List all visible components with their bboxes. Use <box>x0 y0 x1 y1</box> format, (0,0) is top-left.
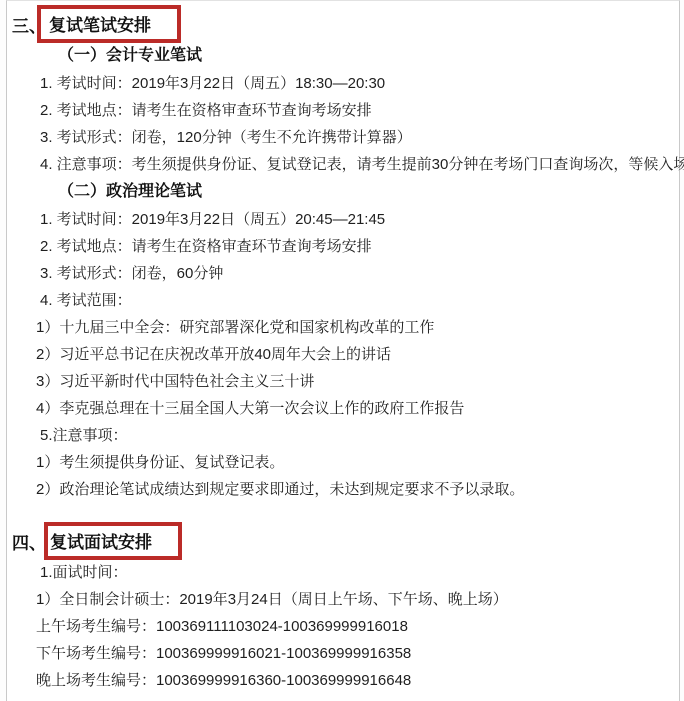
scope-item-1: 1）十九届三中全会：研究部署深化党和国家机构改革的工作 <box>36 314 684 341</box>
scope-item-3: 3）习近平新时代中国特色社会主义三十讲 <box>36 368 684 395</box>
afternoon-session-candidate-ids: 下午场考生编号：100369999916021-100369999916358 <box>36 640 684 667</box>
section-number: 四、 <box>12 529 46 554</box>
accounting-exam-format: 3. 考试形式：闭卷，120分钟（考生不允许携带计算器） <box>40 124 684 151</box>
politics-exam-location: 2. 考试地点：请考生在资格审查环节查询考场安排 <box>40 233 684 260</box>
morning-session-candidate-ids: 上午场考生编号：100369111103024-100369999916018 <box>36 613 684 640</box>
section-written-exam-heading: 三、 复试笔试安排 <box>12 6 684 42</box>
document-content: 三、 复试笔试安排 （一）会计专业笔试 1. 考试时间：2019年3月22日（周… <box>0 0 684 694</box>
politics-exam-format: 3. 考试形式：闭卷，60分钟 <box>40 260 684 287</box>
highlight-box-written-exam: 复试笔试安排 <box>37 5 181 43</box>
accounting-exam-location: 2. 考试地点：请考生在资格审查环节查询考场安排 <box>40 97 684 124</box>
subsection-politics-written-title: （二）政治理论笔试 <box>58 178 684 206</box>
politics-exam-time: 1. 考试时间：2019年3月22日（周五）20:45—21:45 <box>40 206 684 233</box>
document-page: 三、 复试笔试安排 （一）会计专业笔试 1. 考试时间：2019年3月22日（周… <box>0 0 684 701</box>
scope-item-2: 2）习近平总书记在庆祝改革开放40周年大会上的讲话 <box>36 341 684 368</box>
politics-notes-label: 5.注意事项： <box>40 422 684 449</box>
accounting-exam-time: 1. 考试时间：2019年3月22日（周五）18:30—20:30 <box>40 70 684 97</box>
evening-session-candidate-ids: 晚上场考生编号：100369999916360-100369999916648 <box>36 667 684 694</box>
section-interview-heading: 四、 复试面试安排 <box>12 523 684 559</box>
accounting-exam-notes: 4. 注意事项：考生须提供身份证、复试登记表，请考生提前30分钟在考场门口查询场… <box>40 151 684 178</box>
section-title: 复试笔试安排 <box>49 16 151 35</box>
politics-note-1: 1）考生须提供身份证、复试登记表。 <box>36 449 684 476</box>
politics-exam-scope-label: 4. 考试范围： <box>40 287 684 314</box>
subsection-accounting-written-title: （一）会计专业笔试 <box>58 42 684 70</box>
interview-time-label: 1.面试时间： <box>40 559 684 586</box>
interview-fulltime-schedule: 1）全日制会计硕士：2019年3月24日（周日上午场、下午场、晚上场） <box>36 586 684 613</box>
highlight-box-interview: 复试面试安排 <box>44 522 182 560</box>
section-title: 复试面试安排 <box>50 533 152 552</box>
scope-item-4: 4）李克强总理在十三届全国人大第一次会议上作的政府工作报告 <box>36 395 684 422</box>
politics-note-2: 2）政治理论笔试成绩达到规定要求即通过，未达到规定要求不予以录取。 <box>36 476 684 503</box>
